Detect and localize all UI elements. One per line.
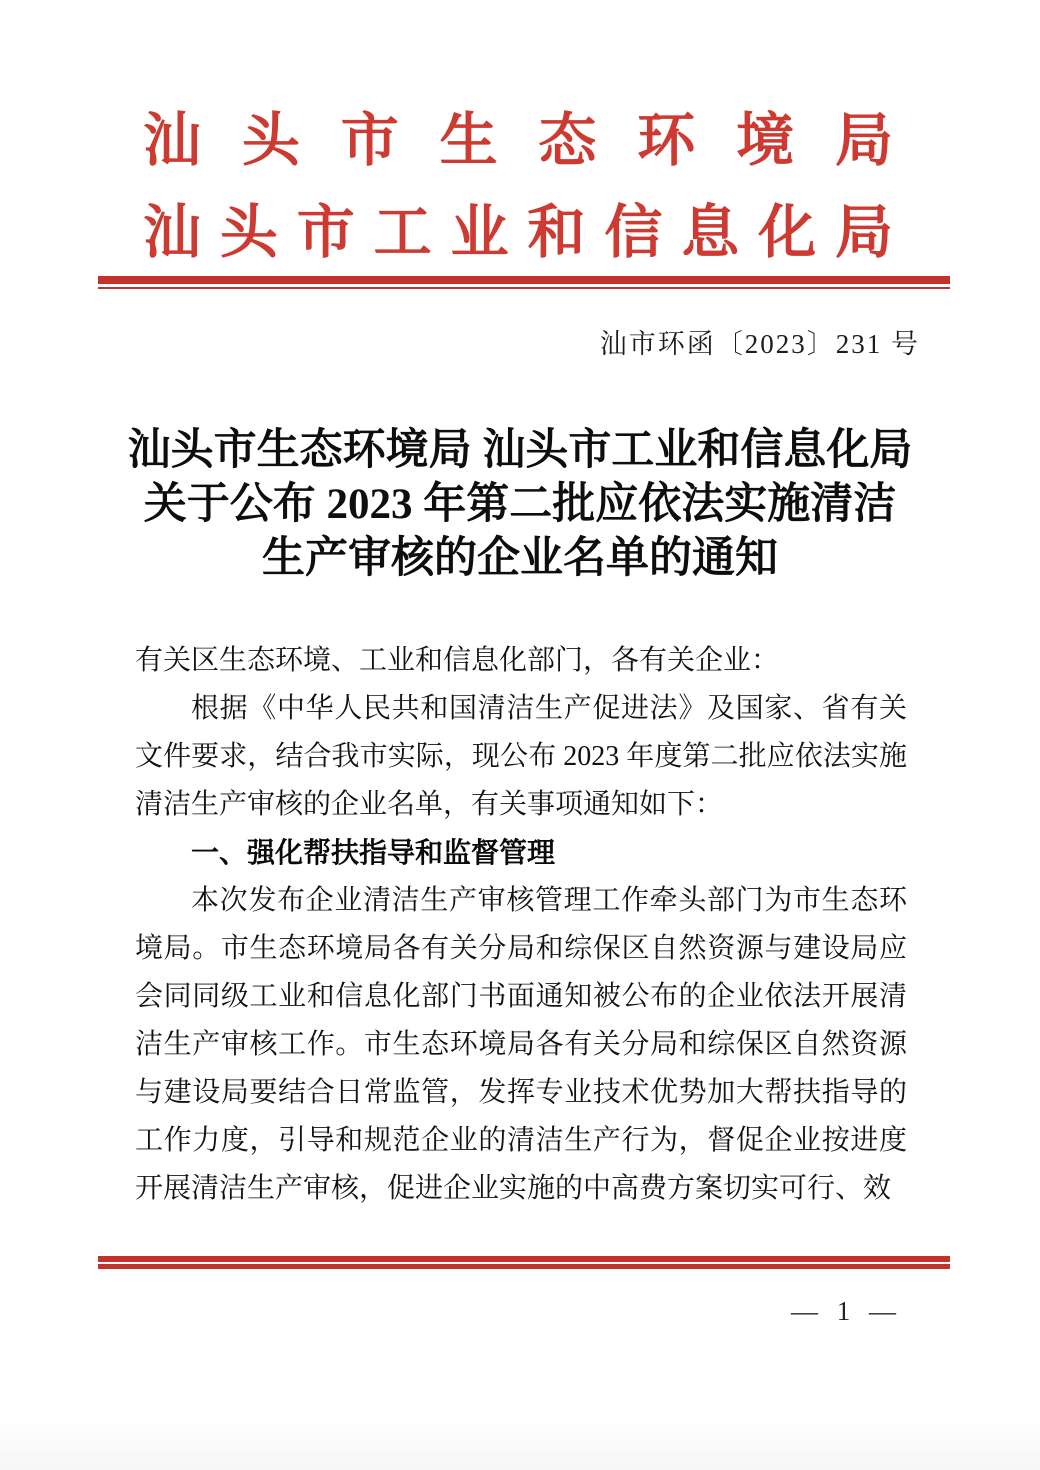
document-body: 有关区生态环境、工业和信息化部门，各有关企业： 根据《中华人民共和国清洁生产促进… bbox=[135, 637, 907, 1213]
header-separator-line bbox=[98, 276, 950, 289]
document-title: 汕头市生态环境局 汕头市工业和信息化局 关于公布 2023 年第二批应依法实施清… bbox=[0, 424, 1040, 586]
section-1-paragraph: 本次发布企业清洁生产审核管理工作牵头部门为市生态环境局。市生态环境局各有关分局和… bbox=[135, 877, 907, 1213]
salutation-line: 有关区生态环境、工业和信息化部门，各有关企业： bbox=[135, 637, 907, 685]
document-title-line-2: 关于公布 2023 年第二批应依法实施清洁 bbox=[0, 478, 1040, 532]
header-org-name-line1: 汕头市生态环境局 bbox=[143, 112, 893, 170]
page-number: — 1 — bbox=[791, 1296, 902, 1327]
document-reference-number: 汕市环函〔2023〕231 号 bbox=[600, 322, 920, 361]
footer-separator-line bbox=[98, 1256, 950, 1269]
section-1-heading: 一、强化帮扶指导和监督管理 bbox=[135, 829, 907, 877]
header-org-name-line2: 汕头市工业和信息化局 bbox=[143, 204, 893, 262]
document-page: 汕头市生态环境局 汕头市工业和信息化局 汕市环函〔2023〕231 号 汕头市生… bbox=[0, 0, 1040, 1470]
intro-paragraph: 根据《中华人民共和国清洁生产促进法》及国家、省有关文件要求，结合我市实际，现公布… bbox=[135, 685, 907, 829]
document-title-line-3: 生产审核的企业名单的通知 bbox=[0, 532, 1040, 586]
document-title-line-1: 汕头市生态环境局 汕头市工业和信息化局 bbox=[0, 424, 1040, 478]
